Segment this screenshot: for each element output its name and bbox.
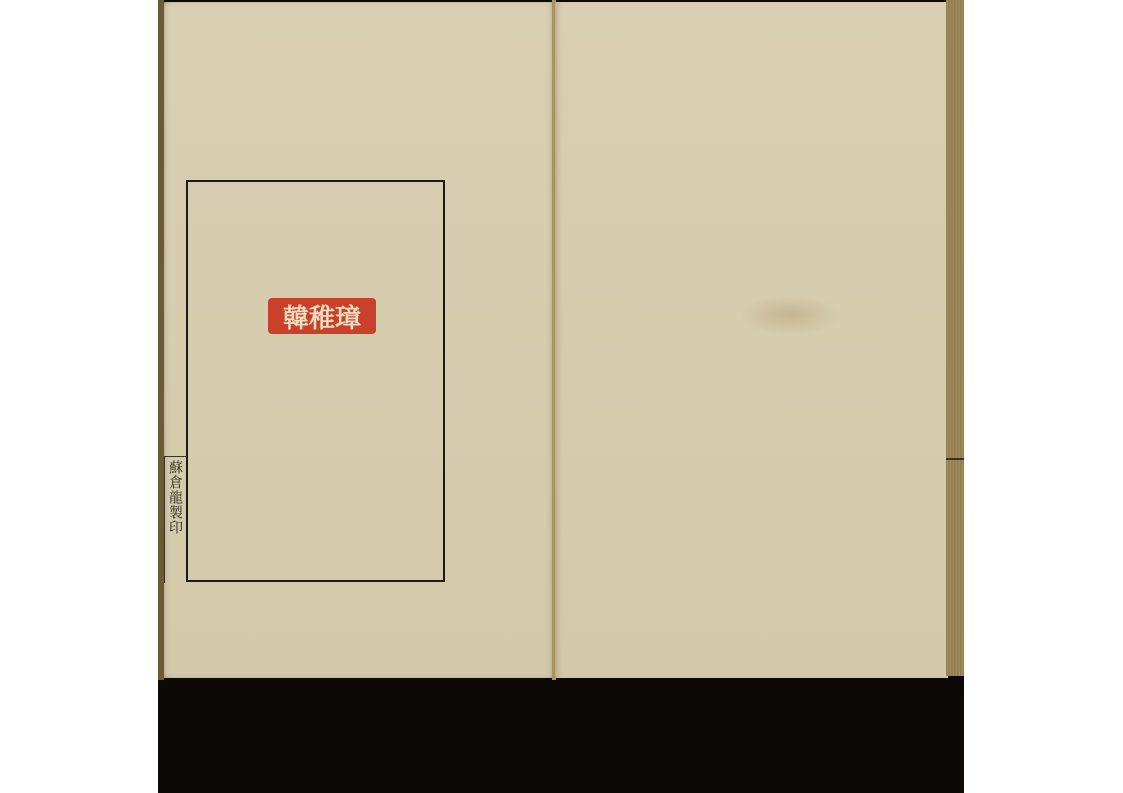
red-seal-stamp: 韓稚璋	[268, 298, 376, 334]
colophon-text: 蘇倉龍製印	[166, 460, 184, 535]
printed-border-frame	[186, 180, 445, 582]
right-page	[555, 2, 948, 678]
page-edges	[946, 0, 964, 676]
paper-stain	[740, 295, 840, 335]
page-edge-mark	[946, 458, 964, 460]
seal-text: 韓稚璋	[283, 298, 361, 335]
